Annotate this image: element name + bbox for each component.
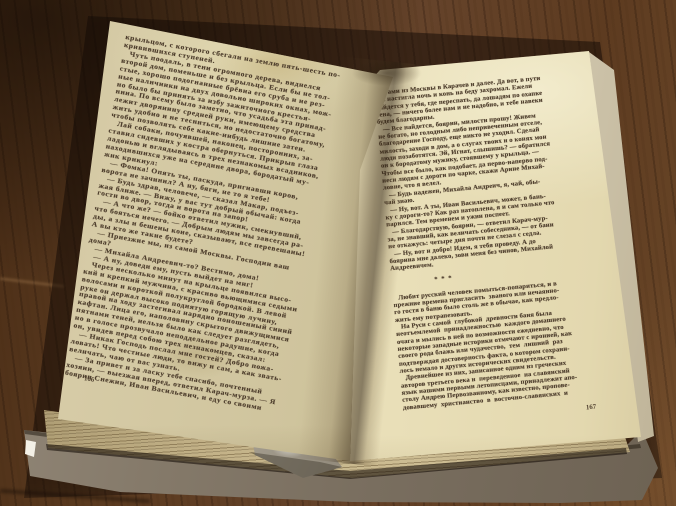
page-number-167: 167 (586, 404, 597, 412)
page-166-text: крыльцом, с которого сбегали на землю пя… (64, 34, 341, 416)
photo-open-book-on-table: слугами из Москвы в Карачев и далее. Да … (0, 0, 676, 506)
page-number-166: 166 (83, 375, 94, 384)
book-gutter-top-shadow (352, 60, 422, 86)
